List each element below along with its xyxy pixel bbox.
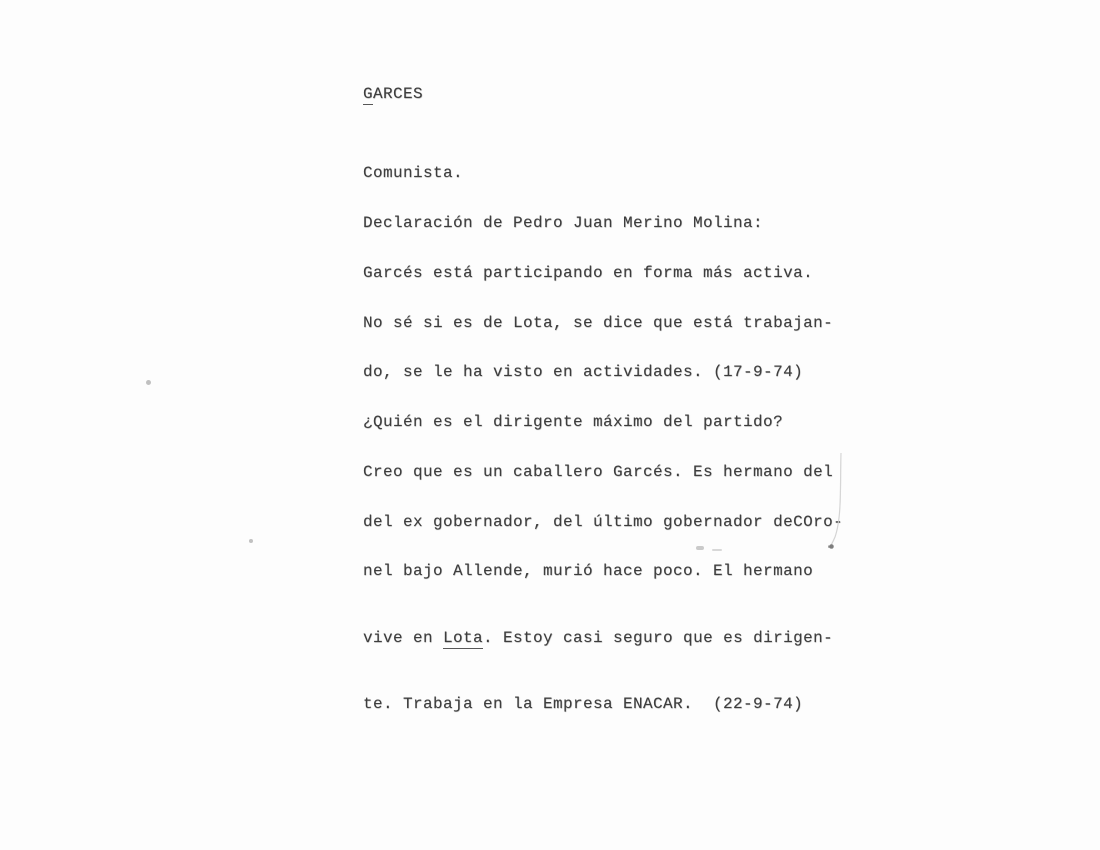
document-line: Declaración de Pedro Juan Merino Molina: bbox=[363, 215, 843, 232]
lota-line-before: vive en bbox=[363, 629, 443, 647]
document-line: No sé si es de Lota, se dice que está tr… bbox=[363, 315, 843, 332]
document-line: ¿Quién es el dirigente máximo del partid… bbox=[363, 414, 843, 431]
lota-line-after: . Estoy casi seguro que es dirigen- bbox=[483, 629, 833, 647]
document-line: Garcés está participando en forma más ac… bbox=[363, 265, 843, 282]
document-title-rest: ARCES bbox=[373, 85, 423, 103]
scan-speck bbox=[712, 549, 722, 551]
scan-speck bbox=[249, 539, 253, 543]
document-text-block: GARCES Comunista. Declaración de Pedro J… bbox=[363, 36, 843, 763]
document-line-lota: vive en Lota. Estoy casi seguro que es d… bbox=[363, 630, 843, 647]
scan-speck bbox=[146, 380, 151, 385]
scanned-document-page: GARCES Comunista. Declaración de Pedro J… bbox=[0, 0, 1100, 850]
document-line: do, se le ha visto en actividades. (17-9… bbox=[363, 364, 843, 381]
scan-artifact-scratch bbox=[818, 445, 850, 557]
document-line: nel bajo Allende, murió hace poco. El he… bbox=[363, 563, 843, 580]
document-line: del ex gobernador, del último gobernador… bbox=[363, 514, 843, 531]
lota-underlined-text: Lota bbox=[443, 629, 483, 649]
scan-speck bbox=[696, 546, 704, 550]
document-title: GARCES bbox=[363, 86, 843, 103]
document-line: Creo que es un caballero Garcés. Es herm… bbox=[363, 464, 843, 481]
document-line: te. Trabaja en la Empresa ENACAR. (22-9-… bbox=[363, 696, 843, 713]
document-line: Comunista. bbox=[363, 165, 843, 182]
document-title-underlined-letter: G bbox=[363, 85, 373, 105]
